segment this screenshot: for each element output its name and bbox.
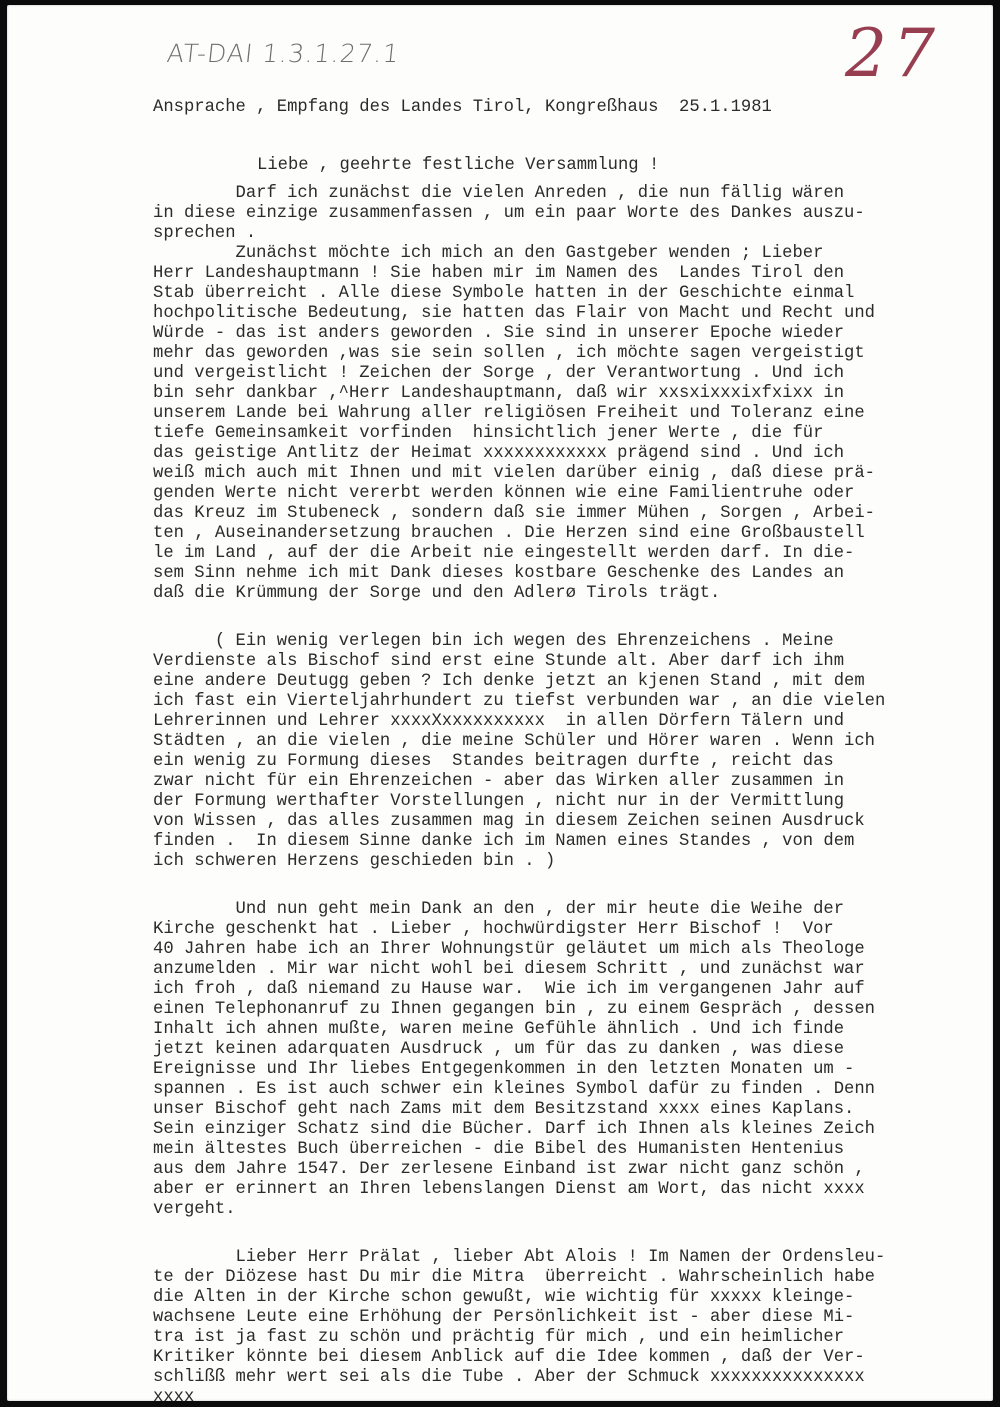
document-body: Darf ich zunächst die vielen Anreden , d… (153, 184, 983, 1407)
text-line: unser Bischof geht nach Zams mit dem Bes… (153, 1100, 983, 1120)
paragraph: Lieber Herr Prälat , lieber Abt Alois ! … (153, 1248, 983, 1407)
text-line: ich fast ein Vierteljahrhundert zu tiefs… (153, 692, 983, 712)
text-line: bin sehr dankbar ,^Herr Landeshauptmann,… (153, 384, 983, 404)
text-line: le im Land , auf der die Arbeit nie eing… (153, 544, 983, 564)
text-line: ich schweren Herzens geschieden bin . ) (153, 852, 983, 872)
salutation: Liebe , geehrte festliche Versammlung ! (153, 156, 983, 176)
paragraph: Und nun geht mein Dank an den , der mir … (153, 900, 983, 1220)
text-line: Herr Landeshauptmann ! Sie haben mir im … (153, 264, 983, 284)
text-line: wachsene Leute eine Erhöhung der Persönl… (153, 1308, 983, 1328)
archive-id-annotation: AT-DAI 1.3.1.27.1 (165, 39, 401, 68)
text-line: zwar nicht für ein Ehrenzeichen - aber d… (153, 772, 983, 792)
text-line: mein ältestes Buch überreichen - die Bib… (153, 1140, 983, 1160)
text-line: Kirche geschenkt hat . Lieber , hochwürd… (153, 920, 983, 940)
text-line: tra ist ja fast zu schön und prächtig fü… (153, 1328, 983, 1348)
text-line: aber er erinnert an Ihren lebenslangen D… (153, 1180, 983, 1200)
text-line: Und nun geht mein Dank an den , der mir … (153, 900, 983, 920)
text-line: Lehrerinnen und Lehrer xxxxXxxxxxxxxxx i… (153, 712, 983, 732)
text-line: aus dem Jahre 1547. Der zerlesene Einban… (153, 1160, 983, 1180)
text-line: spannen . Es ist auch schwer ein kleines… (153, 1080, 983, 1100)
text-line: ich froh , daß niemand zu Hause war. Wie… (153, 980, 983, 1000)
text-line: von Wissen , das alles zusammen mag in d… (153, 812, 983, 832)
text-line: die Alten in der Kirche schon gewußt, wi… (153, 1288, 983, 1308)
text-line: Stab überreicht . Alle diese Symbole hat… (153, 284, 983, 304)
text-line: xxxx (153, 1388, 983, 1407)
text-line: ( Ein wenig verlegen bin ich wegen des E… (153, 632, 983, 652)
paragraph: ( Ein wenig verlegen bin ich wegen des E… (153, 632, 983, 872)
text-line: anzumelden . Mir war nicht wohl bei dies… (153, 960, 983, 980)
text-line: eine andere Deutugg geben ? Ich denke je… (153, 672, 983, 692)
text-line: und vergeistlicht ! Zeichen der Sorge , … (153, 364, 983, 384)
text-line: Kritiker könnte bei diesem Anblick auf d… (153, 1348, 983, 1368)
typewritten-document: Ansprache , Empfang des Landes Tirol, Ko… (153, 98, 983, 1407)
text-line: das Kreuz im Stubeneck , sondern daß sie… (153, 504, 983, 524)
text-line: Städten , an die vielen , die meine Schü… (153, 732, 983, 752)
text-line: in diese einzige zusammenfassen , um ein… (153, 204, 983, 224)
text-line: finden . In diesem Sinne danke ich im Na… (153, 832, 983, 852)
text-line: ein wenig zu Formung dieses Standes beit… (153, 752, 983, 772)
text-line: hochpolitische Bedeutung, sie hatten das… (153, 304, 983, 324)
text-line: Ereignisse und Ihr liebes Entgegenkommen… (153, 1060, 983, 1080)
text-line: te der Diözese hast Du mir die Mitra übe… (153, 1268, 983, 1288)
text-line: einen Telephonanruf zu Ihnen gegangen bi… (153, 1000, 983, 1020)
text-line: tiefe Gemeinsamkeit vorfinden hinsichtli… (153, 424, 983, 444)
text-line: ten , Auseinandersetzung brauchen . Die … (153, 524, 983, 544)
text-line: Zunächst möchte ich mich an den Gastgebe… (153, 244, 983, 264)
text-line: daß die Krümmung der Sorge und den Adler… (153, 584, 983, 604)
text-line: das geistige Antlitz der Heimat xxxxxxxx… (153, 444, 983, 464)
text-line: sprechen . (153, 224, 983, 244)
text-line: Lieber Herr Prälat , lieber Abt Alois ! … (153, 1248, 983, 1268)
text-line: Darf ich zunächst die vielen Anreden , d… (153, 184, 983, 204)
text-line: 40 Jahren habe ich an Ihrer Wohnungstür … (153, 940, 983, 960)
document-heading: Ansprache , Empfang des Landes Tirol, Ko… (153, 98, 983, 118)
paragraph: Darf ich zunächst die vielen Anreden , d… (153, 184, 983, 604)
text-line: unserem Lande bei Wahrung aller religiös… (153, 404, 983, 424)
text-line: mehr das geworden ,was sie sein sollen ,… (153, 344, 983, 364)
text-line: der Formung werthafter Vorstellungen , n… (153, 792, 983, 812)
text-line: vergeht. (153, 1200, 983, 1220)
page-number-annotation: 27 (845, 15, 941, 92)
text-line: Verdienste als Bischof sind erst eine St… (153, 652, 983, 672)
text-line: genden Werte nicht vererbt werden können… (153, 484, 983, 504)
text-line: sem Sinn nehme ich mit Dank dieses kostb… (153, 564, 983, 584)
text-line: jetzt keinen adarquaten Ausdruck , um fü… (153, 1040, 983, 1060)
text-line: weiß mich auch mit Ihnen und mit vielen … (153, 464, 983, 484)
text-line: Würde - das ist anders geworden . Sie si… (153, 324, 983, 344)
text-line: Inhalt ich ahnen mußte, waren meine Gefü… (153, 1020, 983, 1040)
text-line: Sein einziger Schatz sind die Bücher. Da… (153, 1120, 983, 1140)
text-line: schlißß mehr wert sei als die Tube . Abe… (153, 1368, 983, 1388)
